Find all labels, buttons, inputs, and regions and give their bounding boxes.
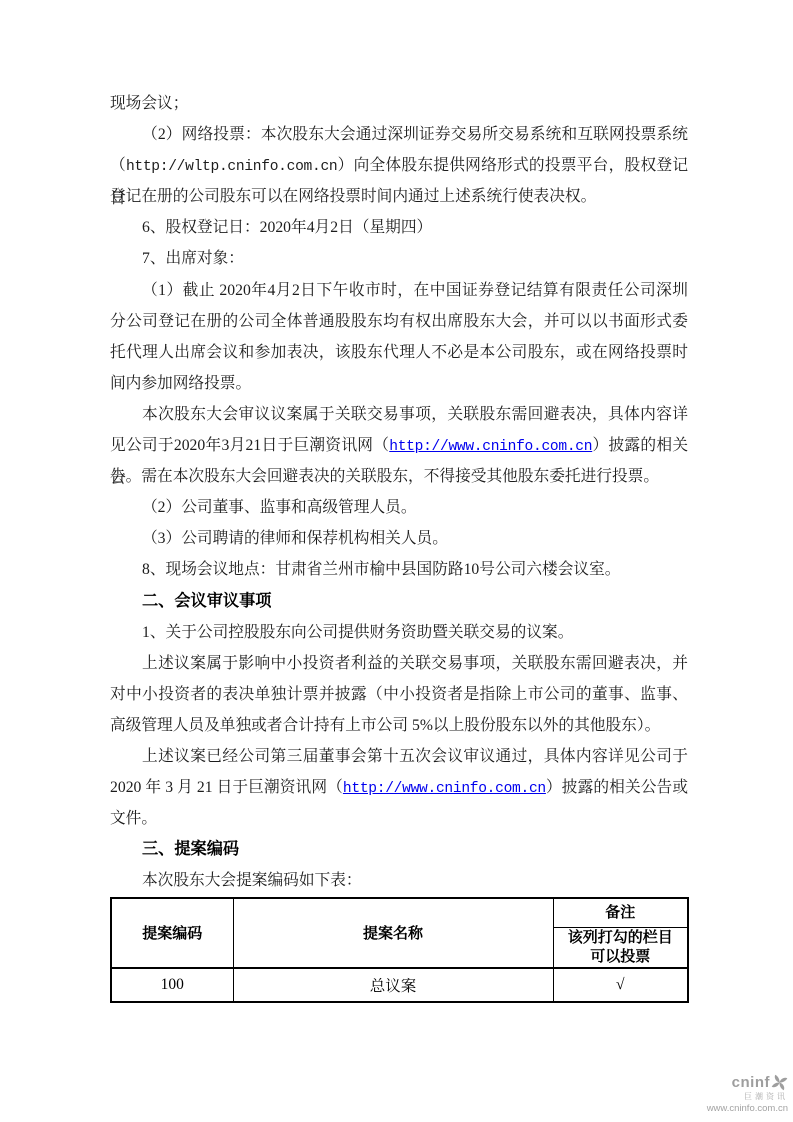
text-segment: （2）公司董事、监事和高级管理人员。 [142,499,417,516]
text-line: 见公司于2020年3月21日于巨潮资讯网（http://www.cninfo.c… [110,430,688,461]
text-segment: ）披露的相关公告或 [546,779,688,796]
text-segment: 上述议案属于影响中小投资者利益的关联交易事项，关联股东需回避表决，并 [142,655,688,672]
text-segment: 文件。 [110,810,157,827]
proposal-vote-check: √ [553,968,688,1002]
cninfo-logo-url: www.cninfo.com.cn [707,1104,788,1114]
table-header-proposal-name: 提案名称 [233,898,553,968]
text-line: 8、现场会议地点：甘肃省兰州市榆中县国防路10号公司六楼会议室。 [110,554,688,585]
text-segment: 本次股东大会审议议案属于关联交易事项，关联股东需回避表决，具体内容详 [142,406,688,423]
text-segment: 6、股权登记日：2020年4月2日（星期四） [142,219,432,236]
url-text: http://wltp.cninfo.com.cn [126,159,337,175]
text-line: 本次股东大会审议议案属于关联交易事项，关联股东需回避表决，具体内容详 [110,399,688,430]
text-line: 7、出席对象： [110,243,688,274]
document-page: 现场会议；（2）网络投票：本次股东大会通过深圳证券交易所交易系统和互联网投票系统… [0,0,793,1122]
text-line: 1、关于公司控股股东向公司提供财务资助暨关联交易的议案。 [110,617,688,648]
text-segment: 上述议案已经公司第三届董事会第十五次会议审议通过，具体内容详见公司于 [142,748,688,765]
text-line: 告。需在本次股东大会回避表决的关联股东，不得接受其他股东委托进行投票。 [110,461,688,492]
cninfo-pinwheel-icon [771,1074,788,1091]
text-line: 分公司登记在册的公司全体普通股股东均有权出席股东大会，并可以以书面形式委 [110,306,688,337]
cninfo-logo-text: cninf [732,1075,770,1090]
section-heading: 三、提案编码 [110,834,688,865]
text-segment: （ [110,157,126,174]
text-segment: （1）截止 2020年4月2日下午收市时，在中国证券登记结算有限责任公司深圳 [142,282,688,299]
cninfo-logo-caption: 巨潮资讯 [707,1093,788,1101]
text-segment: 见公司于2020年3月21日于巨潮资讯网（ [110,437,389,454]
text-line: （3）公司聘请的律师和保荐机构相关人员。 [110,523,688,554]
text-line: 上述议案已经公司第三届董事会第十五次会议审议通过，具体内容详见公司于 [110,741,688,772]
text-segment: 对中小投资者的表决单独计票并披露（中小投资者是指除上市公司的董事、监事、 [110,686,688,703]
text-segment: 本次股东大会提案编码如下表： [142,872,362,889]
cninfo-link[interactable]: http://www.cninfo.com.cn [389,439,592,455]
text-line: 托代理人出席会议和参加表决，该股东代理人不必是本公司股东，或在网络投票时 [110,337,688,368]
text-line: （2）公司董事、监事和高级管理人员。 [110,492,688,523]
text-segment: 1、关于公司控股股东向公司提供财务资助暨关联交易的议案。 [142,624,573,641]
text-segment: 二、会议审议事项 [142,592,272,610]
table-header-remark: 备注 [553,898,688,927]
text-line: 登记在册的公司股东可以在网络投票时间内通过上述系统行使表决权。 [110,181,688,212]
text-line: 对中小投资者的表决单独计票并披露（中小投资者是指除上市公司的董事、监事、 [110,679,688,710]
text-segment: 登记在册的公司股东可以在网络投票时间内通过上述系统行使表决权。 [110,188,596,205]
proposal-code-cell: 100 [111,968,233,1002]
proposal-table: 提案编码 提案名称 备注 该列打勾的栏目可以投票 100 总议案 √ [110,897,689,1003]
text-line: （1）截止 2020年4月2日下午收市时，在中国证券登记结算有限责任公司深圳 [110,275,688,306]
text-segment: 2020 年 3 月 21 日于巨潮资讯网（ [110,779,343,796]
document-body: 现场会议；（2）网络投票：本次股东大会通过深圳证券交易所交易系统和互联网投票系统… [110,88,688,896]
text-segment: 现场会议； [110,95,188,112]
text-segment: 间内参加网络投票。 [110,375,251,392]
text-segment: 分公司登记在册的公司全体普通股股东均有权出席股东大会，并可以以书面形式委 [110,313,688,330]
proposal-name-cell: 总议案 [233,968,553,1002]
text-segment: （2）网络投票：本次股东大会通过深圳证券交易所交易系统和互联网投票系统 [142,126,688,143]
text-segment: 告。需在本次股东大会回避表决的关联股东，不得接受其他股东委托进行投票。 [110,468,659,485]
text-line: 文件。 [110,803,688,834]
text-line: 间内参加网络投票。 [110,368,688,399]
table-row: 100 总议案 √ [111,968,688,1002]
cninfo-link[interactable]: http://www.cninfo.com.cn [343,781,546,797]
text-line: 上述议案属于影响中小投资者利益的关联交易事项，关联股东需回避表决，并 [110,648,688,679]
text-line: 2020 年 3 月 21 日于巨潮资讯网（http://www.cninfo.… [110,772,688,803]
text-line: 6、股权登记日：2020年4月2日（星期四） [110,212,688,243]
text-line: 本次股东大会提案编码如下表： [110,865,688,896]
text-segment: 7、出席对象： [142,250,244,267]
text-segment: 高级管理人员及单独或者合计持有上市公司 5%以上股份股东以外的其他股东）。 [110,717,660,734]
section-heading: 二、会议审议事项 [110,586,688,617]
text-segment: 托代理人出席会议和参加表决，该股东代理人不必是本公司股东，或在网络投票时 [110,344,688,361]
text-segment: 8、现场会议地点：甘肃省兰州市榆中县国防路10号公司六楼会议室。 [142,561,620,578]
text-line: （http://wltp.cninfo.com.cn）向全体股东提供网络形式的投… [110,150,688,181]
text-segment: 三、提案编码 [142,840,239,858]
table-header-proposal-code: 提案编码 [111,898,233,968]
text-line: （2）网络投票：本次股东大会通过深圳证券交易所交易系统和互联网投票系统 [110,119,688,150]
cninfo-logo: cninf 巨潮资讯 www.cninfo.com.cn [707,1074,788,1114]
text-line: 高级管理人员及单独或者合计持有上市公司 5%以上股份股东以外的其他股东）。 [110,710,688,741]
table-header-remark-note: 该列打勾的栏目可以投票 [553,927,688,968]
text-segment: （3）公司聘请的律师和保荐机构相关人员。 [142,530,448,547]
text-line: 现场会议； [110,88,688,119]
